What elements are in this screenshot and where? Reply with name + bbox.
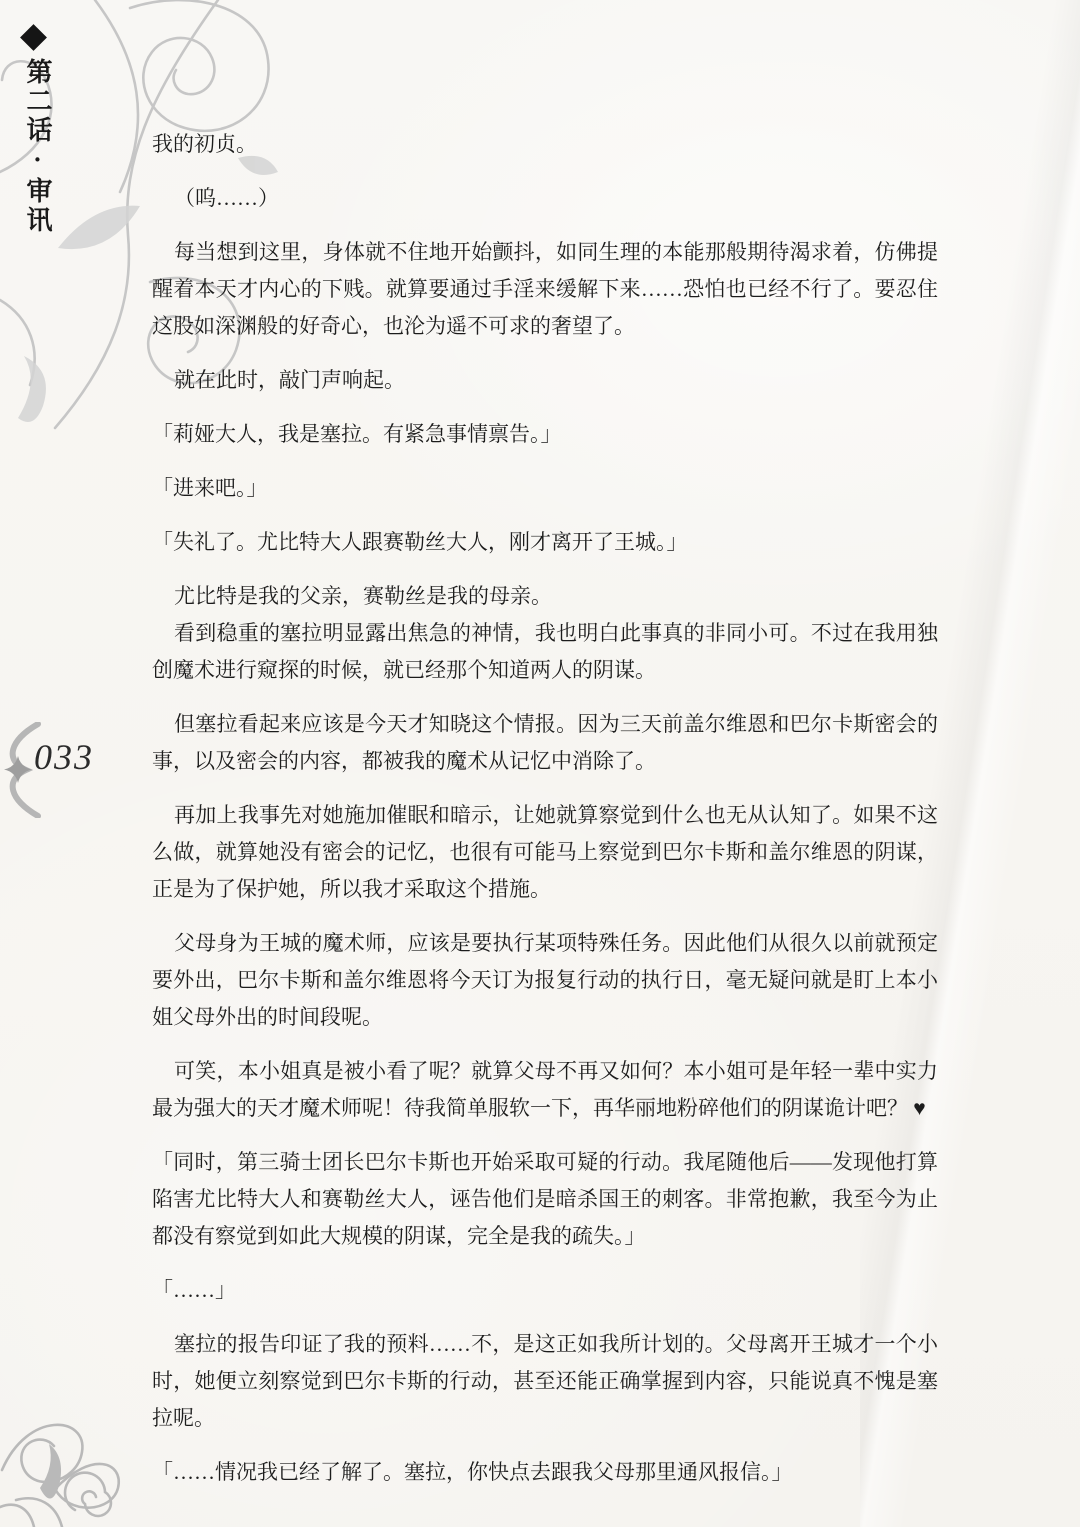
dialogue-paragraph: 「失礼了。尤比特大人跟赛勒丝大人，刚才离开了王城。」	[152, 524, 938, 561]
narration-paragraph: 可笑，本小姐真是被小看了呢？就算父母不再又如何？本小姐可是年轻一辈中实力最为强大…	[152, 1053, 938, 1127]
dialogue-paragraph: 「莉娅大人，我是塞拉。有紧急事情禀告。」	[152, 416, 938, 453]
dialogue-paragraph: 「同时，第三骑士团长巴尔卡斯也开始采取可疑的行动。我尾随他后——发现他打算陷害尤…	[152, 1144, 938, 1255]
narration-paragraph: 尤比特是我的父亲，赛勒丝是我的母亲。	[152, 578, 938, 615]
chapter-diamond-icon	[20, 24, 47, 51]
narration-paragraph: 父母身为王城的魔术师，应该是要执行某项特殊任务。因此他们从很久以前就预定要外出，…	[152, 925, 938, 1036]
narration-paragraph: 每当想到这里，身体就不住地开始颤抖，如同生理的本能那般期待渴求着，仿佛提醒着本天…	[152, 234, 938, 345]
narration-paragraph: 再加上我事先对她施加催眠和暗示，让她就算察觉到什么也无从认知了。如果不这么做，就…	[152, 797, 938, 908]
narration-paragraph: 我的初贞。	[152, 126, 938, 163]
dialogue-paragraph: 「……」	[152, 1272, 938, 1309]
narration-paragraph: （呜……）	[152, 180, 938, 217]
chapter-title-vertical: 第二话·审讯	[19, 58, 56, 235]
dialogue-paragraph: 「……情况我已经了解了。塞拉，你快点去跟我父母那里通风报信。」	[152, 1454, 938, 1491]
page-number: 033	[34, 736, 94, 778]
narration-paragraph: 就在此时，敲门声响起。	[152, 362, 938, 399]
narration-paragraph: 塞拉的报告印证了我的预料……不，是这正如我所计划的。父母离开王城才一个小时，她便…	[152, 1326, 938, 1437]
novel-page: 第二话·审讯 033 我的初贞。（呜……）每当想到这里，身体就不住地开始颤抖，如…	[0, 0, 1080, 1527]
narration-paragraph: 看到稳重的塞拉明显露出焦急的神情，我也明白此事真的非同小可。不过在我用独创魔术进…	[152, 615, 938, 689]
text-column: 我的初贞。（呜……）每当想到这里，身体就不住地开始颤抖，如同生理的本能那般期待渴…	[152, 126, 938, 1491]
vine-flourish-bottom-left	[0, 1392, 135, 1527]
dialogue-paragraph: 「进来吧。」	[152, 470, 938, 507]
narration-paragraph: 但塞拉看起来应该是今天才知晓这个情报。因为三天前盖尔维恩和巴尔卡斯密会的事，以及…	[152, 706, 938, 780]
